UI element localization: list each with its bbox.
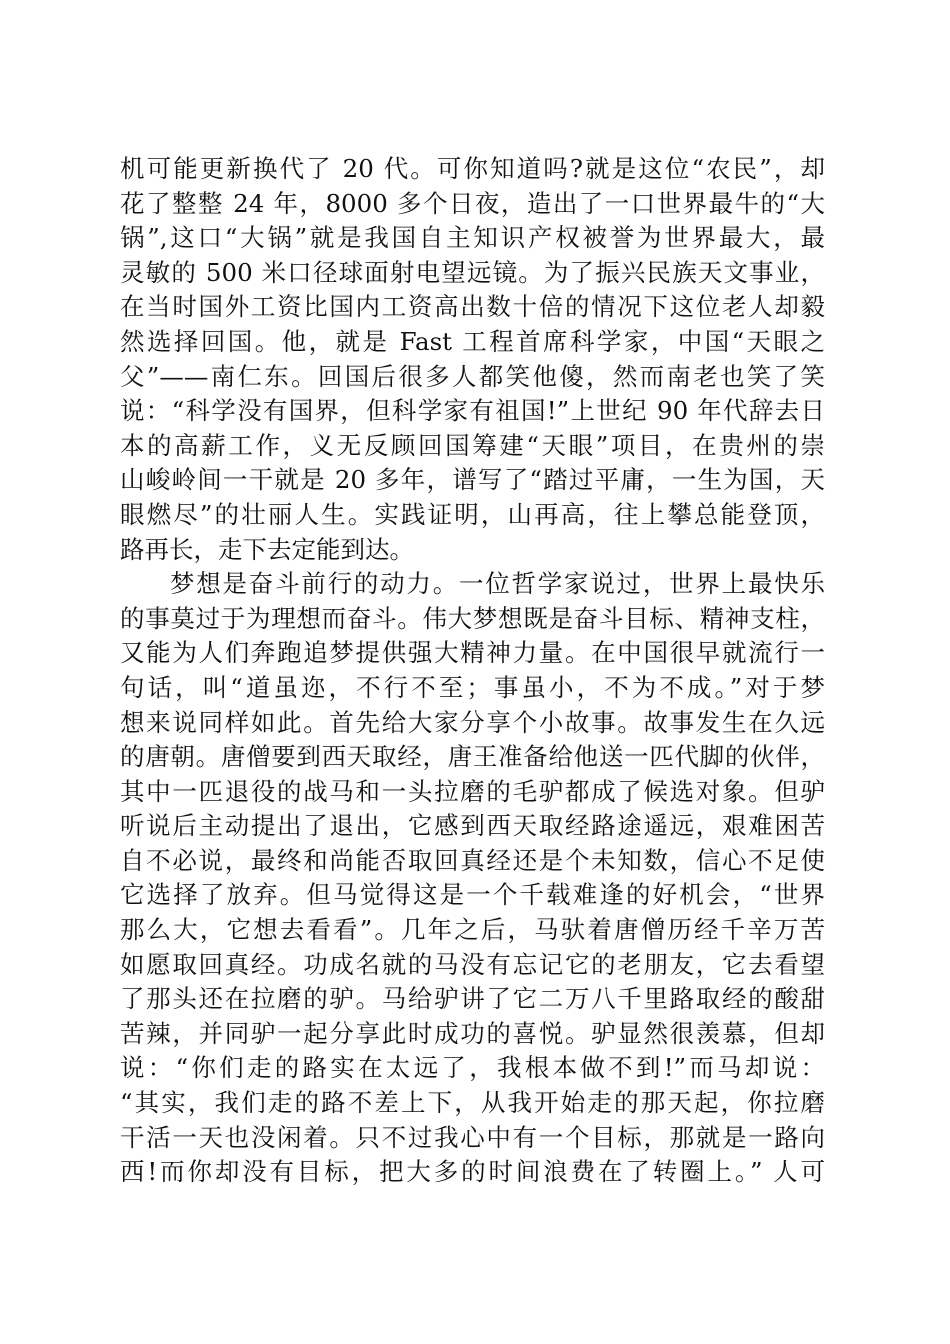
text-line: 自不必说，最终和尚能否取回真经还是个未知数，信心不足使 (120, 844, 825, 879)
text-line: 的事莫过于为理想而奋斗。伟大梦想既是奋斗目标、精神支柱， (120, 602, 825, 637)
text-line: “其实，我们走的路不差上下，从我开始走的那天起，你拉磨 (120, 1086, 825, 1121)
text-line: 听说后主动提出了退出，它感到西天取经路途遥远，艰难困苦 (120, 809, 825, 844)
text-line: 锅”,这口“大锅”就是我国自主知识产权被誉为世界最大，最 (120, 221, 825, 256)
text-line: 路再长，走下去定能到达。 (120, 533, 825, 568)
text-line: 山峻岭间一干就是 20 多年，谱写了“踏过平庸，一生为国，天 (120, 463, 825, 498)
text-line: 如愿取回真经。功成名就的马没有忘记它的老朋友，它去看望 (120, 948, 825, 983)
text-line: 干活一天也没闲着。只不过我心中有一个目标，那就是一路向 (120, 1121, 825, 1156)
text-line: 在当时国外工资比国内工资高出数十倍的情况下这位老人却毅 (120, 290, 825, 325)
text-line: 那么大，它想去看看”。几年之后，马驮着唐僧历经千辛万苦 (120, 913, 825, 948)
text-line: 苦辣，并同驴一起分享此时成功的喜悦。驴显然很羡慕，但却 (120, 1017, 825, 1052)
text-line: 的唐朝。唐僧要到西天取经，唐王准备给他送一匹代脚的伙伴， (120, 740, 825, 775)
paragraph-dream-motivation: 梦想是奋斗前行的动力。一位哲学家说过，世界上最快乐 的事莫过于为理想而奋斗。伟大… (120, 567, 825, 1190)
text-line: 想来说同样如此。首先给大家分享个小故事。故事发生在久远 (120, 706, 825, 741)
text-line: 了那头还在拉磨的驴。马给驴讲了它二万八千里路取经的酸甜 (120, 982, 825, 1017)
text-line: 机可能更新换代了 20 代。可你知道吗?就是这位“农民”，却 (120, 152, 825, 187)
text-line: 梦想是奋斗前行的动力。一位哲学家说过，世界上最快乐 (120, 567, 825, 602)
text-line: 说：“你们走的路实在太远了，我根本做不到!”而马却说： (120, 1051, 825, 1086)
text-line: 其中一匹退役的战马和一头拉磨的毛驴都成了候选对象。但驴 (120, 775, 825, 810)
text-line: 父”——南仁东。回国后很多人都笑他傻，然而南老也笑了笑 (120, 360, 825, 395)
document-page: 机可能更新换代了 20 代。可你知道吗?就是这位“农民”，却 花了整整 24 年… (0, 0, 950, 1344)
text-line: 灵敏的 500 米口径球面射电望远镜。为了振兴民族天文事业， (120, 256, 825, 291)
text-line: 花了整整 24 年，8000 多个日夜，造出了一口世界最牛的“大 (120, 187, 825, 222)
text-line: 句话，叫“道虽迩，不行不至；事虽小，不为不成。”对于梦 (120, 671, 825, 706)
text-line: 西!而你却没有目标，把大多的时间浪费在了转圈上。” 人可 (120, 1155, 825, 1190)
text-line: 然选择回国。他，就是 Fast 工程首席科学家，中国“天眼之 (120, 325, 825, 360)
text-line: 眼燃尽”的壮丽人生。实践证明，山再高，往上攀总能登顶， (120, 498, 825, 533)
paragraph-nan-rendong: 机可能更新换代了 20 代。可你知道吗?就是这位“农民”，却 花了整整 24 年… (120, 152, 825, 567)
text-line: 说：“科学没有国界，但科学家有祖国!”上世纪 90 年代辞去日 (120, 394, 825, 429)
text-line: 又能为人们奔跑追梦提供强大精神力量。在中国很早就流行一 (120, 636, 825, 671)
text-line: 本的高薪工作，义无反顾回国筹建“天眼”项目，在贵州的崇 (120, 429, 825, 464)
text-line: 它选择了放弃。但马觉得这是一个千载难逢的好机会，“世界 (120, 878, 825, 913)
body-text: 机可能更新换代了 20 代。可你知道吗?就是这位“农民”，却 花了整整 24 年… (120, 152, 825, 1190)
